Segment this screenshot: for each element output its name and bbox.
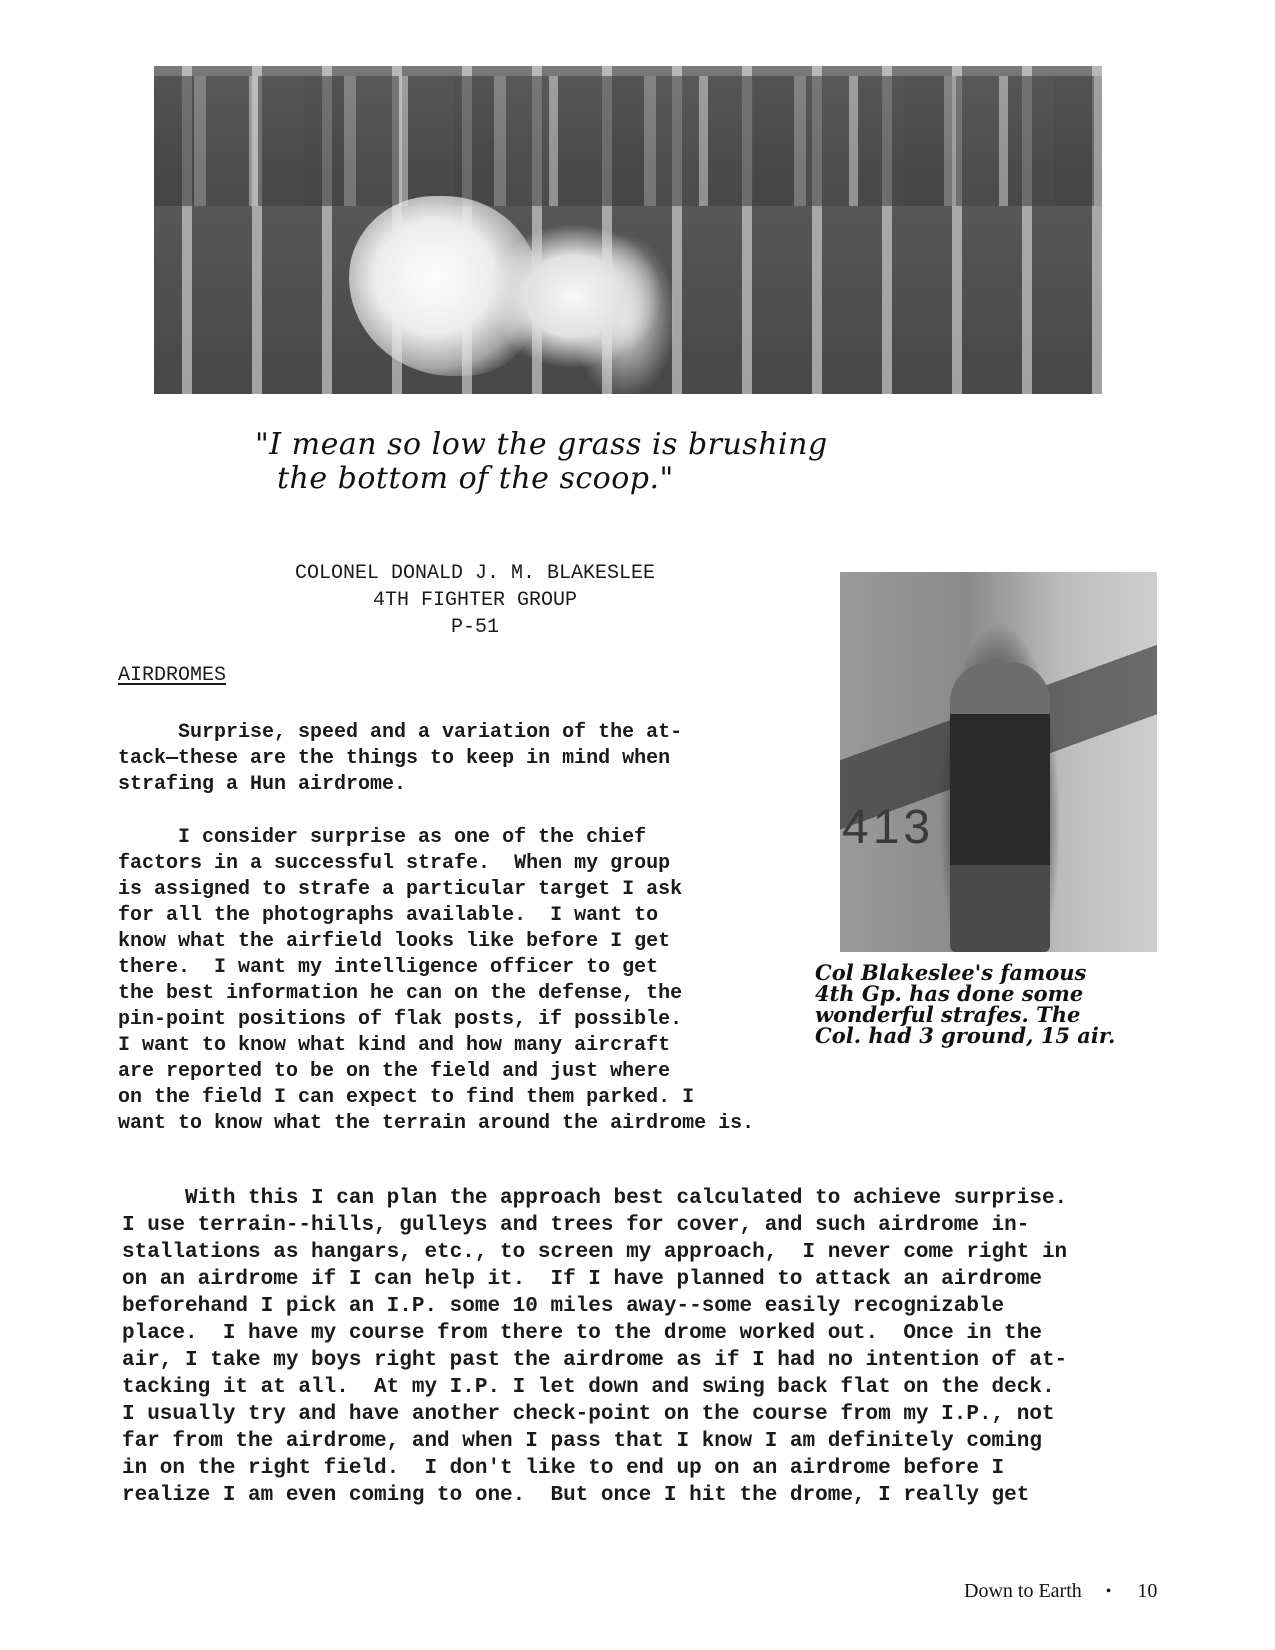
- text-line: Surprise, speed and a variation of the a…: [118, 720, 838, 746]
- text-line: tacking it at all. At my I.P. I let down…: [122, 1374, 1182, 1401]
- text-line: the best information he can on the defen…: [118, 981, 838, 1007]
- text-line: strafing a Hun airdrome.: [118, 772, 838, 798]
- smoke-burst: [349, 196, 539, 376]
- text-line: beforehand I pick an I.P. some 10 miles …: [122, 1293, 1182, 1320]
- footer-title: Down to Earth: [964, 1580, 1082, 1603]
- text-line: air, I take my boys right past the airdr…: [122, 1347, 1182, 1374]
- text-line: I use terrain--hills, gulleys and trees …: [122, 1212, 1182, 1239]
- text-line: With this I can plan the approach best c…: [122, 1185, 1182, 1212]
- document-page: "I mean so low the grass is brushing the…: [0, 0, 1275, 1650]
- town-buildings: [154, 76, 1102, 206]
- caption-line: wonderful strafes. The: [815, 1004, 1160, 1025]
- aerial-strafing-photo: [154, 66, 1102, 394]
- text-line: pin-point positions of flak posts, if po…: [118, 1007, 838, 1033]
- bullet-separator-icon: •: [1106, 1583, 1112, 1601]
- section-heading: AIRDROMES: [118, 664, 226, 687]
- quote-line: "I mean so low the grass is brushing: [255, 428, 1015, 462]
- byline: COLONEL DONALD J. M. BLAKESLEE 4TH FIGHT…: [240, 560, 710, 641]
- handwritten-caption: Col Blakeslee's famous 4th Gp. has done …: [815, 962, 1160, 1046]
- text-line: there. I want my intelligence officer to…: [118, 955, 838, 981]
- text-line: place. I have my course from there to th…: [122, 1320, 1182, 1347]
- page-number: 10: [1137, 1580, 1157, 1603]
- pilot-figure: [950, 662, 1050, 952]
- text-line: for all the photographs available. I wan…: [118, 903, 838, 929]
- text-line: on the field I can expect to find them p…: [118, 1085, 838, 1111]
- text-line: stallations as hangars, etc., to screen …: [122, 1239, 1182, 1266]
- paragraph-1: Surprise, speed and a variation of the a…: [118, 720, 838, 798]
- caption-line: 4th Gp. has done some: [815, 983, 1160, 1004]
- text-line: factors in a successful strafe. When my …: [118, 851, 838, 877]
- text-line: realize I am even coming to one. But onc…: [122, 1482, 1182, 1509]
- text-line: I usually try and have another check-poi…: [122, 1401, 1182, 1428]
- author-aircraft: P-51: [240, 614, 710, 641]
- text-line: on an airdrome if I can help it. If I ha…: [122, 1266, 1182, 1293]
- text-line: far from the airdrome, and when I pass t…: [122, 1428, 1182, 1455]
- author-unit: 4TH FIGHTER GROUP: [240, 587, 710, 614]
- text-line: are reported to be on the field and just…: [118, 1059, 838, 1085]
- text-line: I consider surprise as one of the chief: [118, 825, 838, 851]
- author-name: COLONEL DONALD J. M. BLAKESLEE: [240, 560, 710, 587]
- caption-line: Col. had 3 ground, 15 air.: [815, 1025, 1160, 1046]
- text-line: know what the airfield looks like before…: [118, 929, 838, 955]
- text-line: want to know what the terrain around the…: [118, 1111, 838, 1137]
- text-line: I want to know what kind and how many ai…: [118, 1033, 838, 1059]
- paragraph-2: I consider surprise as one of the chief …: [118, 825, 838, 1137]
- paragraph-3: With this I can plan the approach best c…: [122, 1185, 1182, 1509]
- text-line: is assigned to strafe a particular targe…: [118, 877, 838, 903]
- page-footer: Down to Earth • 10: [964, 1580, 1157, 1603]
- caption-line: Col Blakeslee's famous: [815, 962, 1160, 983]
- text-line: in on the right field. I don't like to e…: [122, 1455, 1182, 1482]
- handwritten-quote: "I mean so low the grass is brushing the…: [255, 428, 1015, 496]
- text-line: tack—these are the things to keep in min…: [118, 746, 838, 772]
- tail-number: 413: [842, 800, 934, 855]
- pilot-portrait-photo: 413: [840, 572, 1157, 952]
- quote-line: the bottom of the scoop.": [255, 462, 1015, 496]
